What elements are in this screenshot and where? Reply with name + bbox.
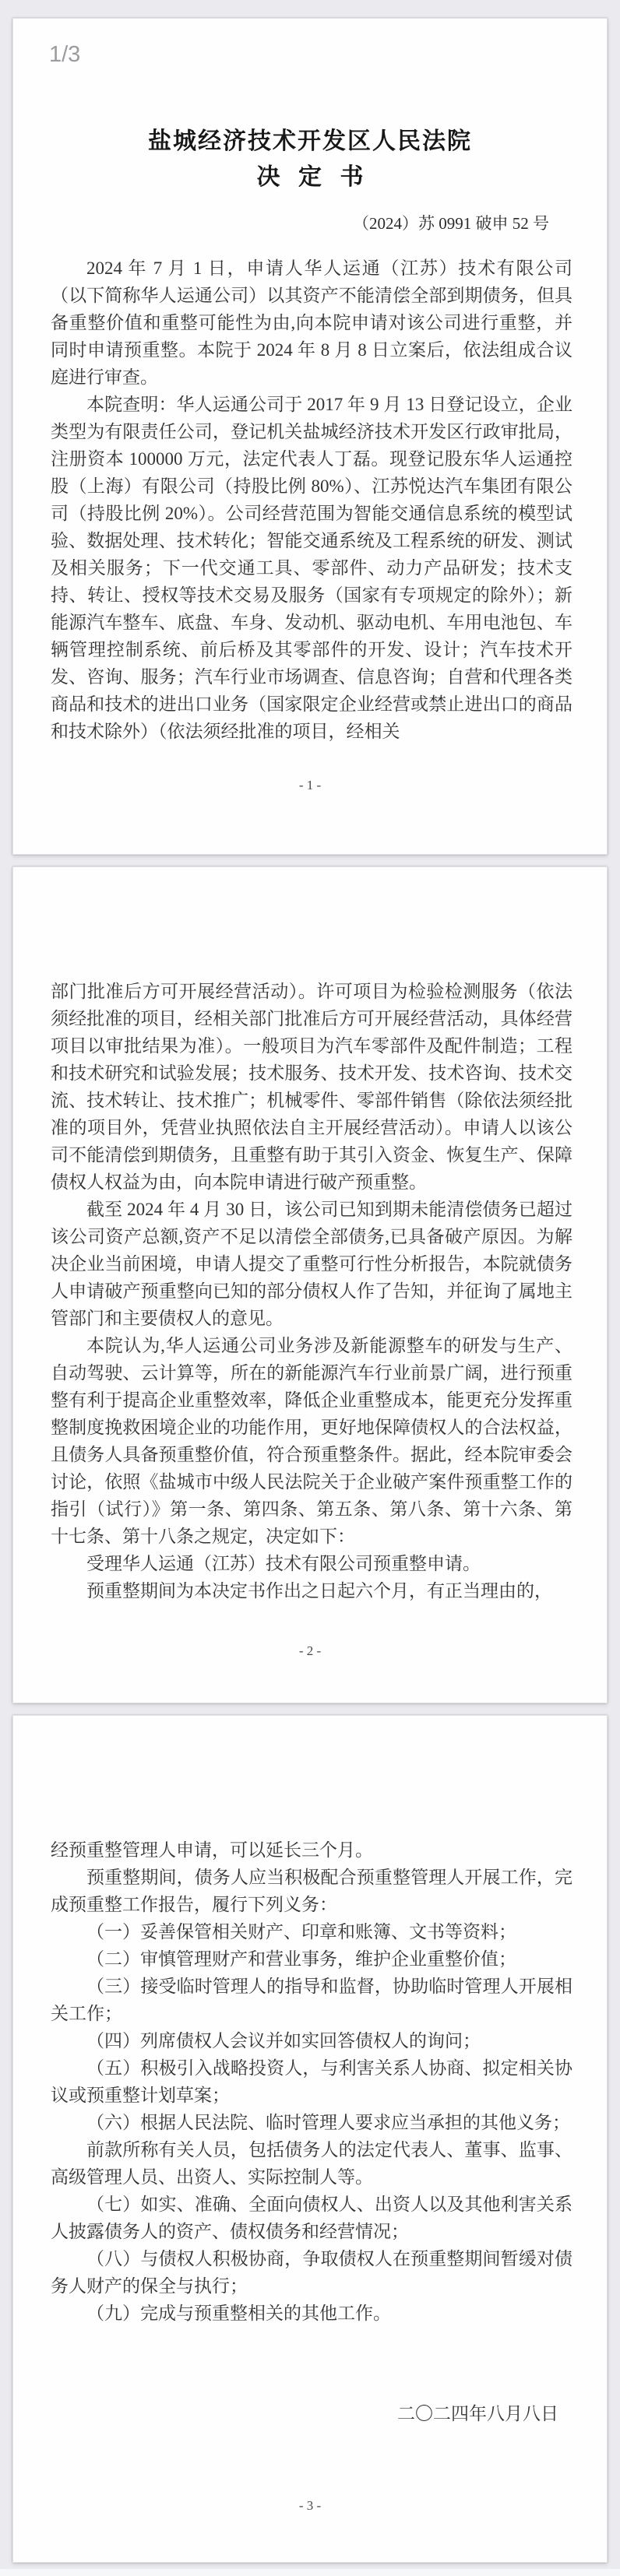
page-1-body: 2024 年 7 月 1 日，申请人华人运通（江苏）技术有限公司（以下简称华人运…: [51, 255, 572, 745]
paragraph: 前款所称有关人员，包括债务人的法定代表人、董事、监事、高级管理人员、出资人、实际…: [51, 2136, 572, 2191]
scanned-page-2: 部门批准后方可开展经营活动）。许可项目为检验检测服务（依法须经批准的项目，经相关…: [12, 866, 608, 1703]
list-item-7: （七）如实、准确、全面向债权人、出资人以及其他利害关系人披露债务人的资产、债权债…: [51, 2191, 572, 2245]
page-number-footer: - 1 -: [13, 778, 607, 793]
bottom-bar: [0, 2569, 620, 2576]
page-number-footer: - 2 -: [13, 1643, 607, 1659]
scanned-page-3: 经预重整管理人申请，可以延长三个月。 预重整期间，债务人应当积极配合预重整管理人…: [12, 1715, 608, 2563]
list-item-6: （六）根据人民法院、临时管理人要求应当承担的其他义务；: [51, 2109, 572, 2136]
list-item-4: （四）列席债权人会议并如实回答债权人的询问；: [51, 2027, 572, 2054]
paragraph: 部门批准后方可开展经营活动）。许可项目为检验检测服务（依法须经批准的项目，经相关…: [51, 978, 572, 1196]
paragraph: 本院查明：华人运通公司于 2017 年 9 月 13 日登记设立，企业类型为有限…: [51, 391, 572, 745]
document-viewer: 1/3 盐城经济技术开发区人民法院 决 定 书 （2024）苏 0991 破申 …: [0, 0, 620, 2576]
list-item-3: （三）接受临时管理人的指导和监督，协助临时管理人开展相关工作；: [51, 1973, 572, 2027]
paragraph: 预重整期间为本决定书作出之日起六个月，有正当理由的，: [51, 1577, 572, 1604]
case-number: （2024）苏 0991 破申 52 号: [353, 211, 549, 234]
paragraph: 经预重整管理人申请，可以延长三个月。: [51, 1836, 572, 1864]
paragraph: 截至 2024 年 4 月 30 日，该公司已知到期未能清偿债务已超过该公司资产…: [51, 1196, 572, 1332]
paragraph: 预重整期间，债务人应当积极配合预重整管理人开展工作，完成预重整工作报告，履行下列…: [51, 1864, 572, 1918]
page-2-body: 部门批准后方可开展经营活动）。许可项目为检验检测服务（依法须经批准的项目，经相关…: [51, 978, 572, 1604]
scanned-page-1: 1/3 盐城经济技术开发区人民法院 决 定 书 （2024）苏 0991 破申 …: [12, 18, 608, 855]
decision-date: 二〇二四年八月八日: [397, 2399, 558, 2425]
page-number-footer: - 3 -: [13, 2498, 607, 2514]
list-item-9: （九）完成与预重整相关的其他工作。: [51, 2300, 572, 2327]
paragraph: 受理华人运通（江苏）技术有限公司预重整申请。: [51, 1550, 572, 1577]
court-name: 盐城经济技术开发区人民法院: [13, 121, 607, 156]
paragraph: 2024 年 7 月 1 日，申请人华人运通（江苏）技术有限公司（以下简称华人运…: [51, 255, 572, 391]
page-indicator: 1/3: [49, 42, 80, 68]
page-3-body: 经预重整管理人申请，可以延长三个月。 预重整期间，债务人应当积极配合预重整管理人…: [51, 1836, 572, 2327]
list-item-1: （一）妥善保管相关财产、印章和账簿、文书等资料；: [51, 1918, 572, 1945]
list-item-2: （二）审慎管理财产和营业事务，维护企业重整价值；: [51, 1945, 572, 1973]
document-title: 决 定 书: [13, 157, 607, 192]
list-item-5: （五）积极引入战略投资人，与利害关系人协商、拟定相关协议或预重整计划草案；: [51, 2054, 572, 2109]
list-item-8: （八）与债权人积极协商，争取债权人在预重整期间暂缓对债务人财产的保全与执行；: [51, 2245, 572, 2300]
paragraph: 本院认为,华人运通公司业务涉及新能源整车的研发与生产、自动驾驶、云计算等，所在的…: [51, 1332, 572, 1550]
